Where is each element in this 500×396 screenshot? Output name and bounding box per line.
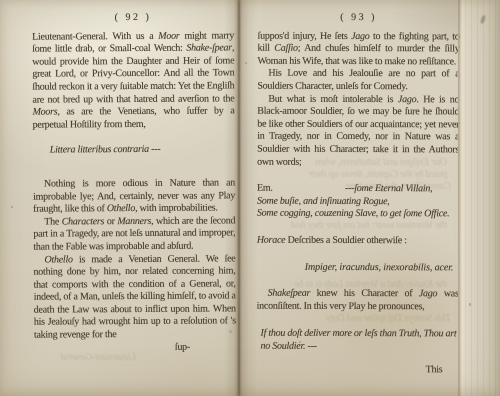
gutter-crease [238, 0, 240, 396]
right-catchword: This [256, 364, 458, 377]
left-catchword: ſup- [34, 341, 236, 355]
right-paragraph-1: ſuppos'd injury, He ſets Jago to the fig… [257, 30, 459, 68]
horace-line: Horace Deſcribes a Souldier otherwiſe : [257, 235, 459, 248]
quote-line-2: Some buſie, and inſinuating Rogue, [257, 195, 459, 208]
page-fore-edge [458, 0, 500, 396]
quote-line-3: Some cogging, couzening Slave, to get ſo… [257, 208, 459, 221]
right-paragraph-3: But what is moſt intolerable is Jago. He… [257, 93, 459, 169]
right-paragraph-2: His Love and his Jealouſie are no part o… [257, 68, 459, 94]
left-page: ( 92 ) Lieutenant-General. With us a Moo… [32, 11, 236, 354]
right-page: ( 93 ) ſuppos'd injury, He ſets Jago to … [256, 12, 459, 378]
left-paragraph-3: The Characters or Manners, which are the… [33, 215, 235, 254]
ink-speck [469, 303, 471, 306]
quote-line-1: ---ſome Eternal Villain, [345, 183, 432, 196]
left-paragraph-1: Lieutenant-General. With us a Moor might… [32, 30, 235, 132]
book-scan: ( 92 ) Lieutenant-General. With us a Moo… [0, 0, 500, 396]
right-page-number: ( 93 ) [258, 12, 460, 25]
latin-quote: Impiger, iracundus, inexorabilis, acer. [257, 261, 459, 274]
latin-heading: Littera litteribus contraria --- [50, 144, 235, 158]
emilia-quote: Em. ---ſome Eternal Villain, Some buſie,… [257, 183, 459, 221]
ink-speck [480, 15, 487, 25]
ink-speck [11, 206, 13, 208]
ink-speck [245, 62, 247, 64]
left-paragraph-2: Nothing is more odious in Nature than an… [33, 177, 235, 216]
left-page-number: ( 92 ) [32, 11, 234, 25]
left-paragraph-4: Othello is made a Venetian General. We ſ… [33, 253, 236, 342]
speaker-label: Em. [257, 183, 345, 196]
truth-quote: If thou doſt deliver more or leſs than T… [256, 328, 458, 354]
right-paragraph-4: Shakeſpear knew his Character of Jago wa… [257, 288, 459, 314]
